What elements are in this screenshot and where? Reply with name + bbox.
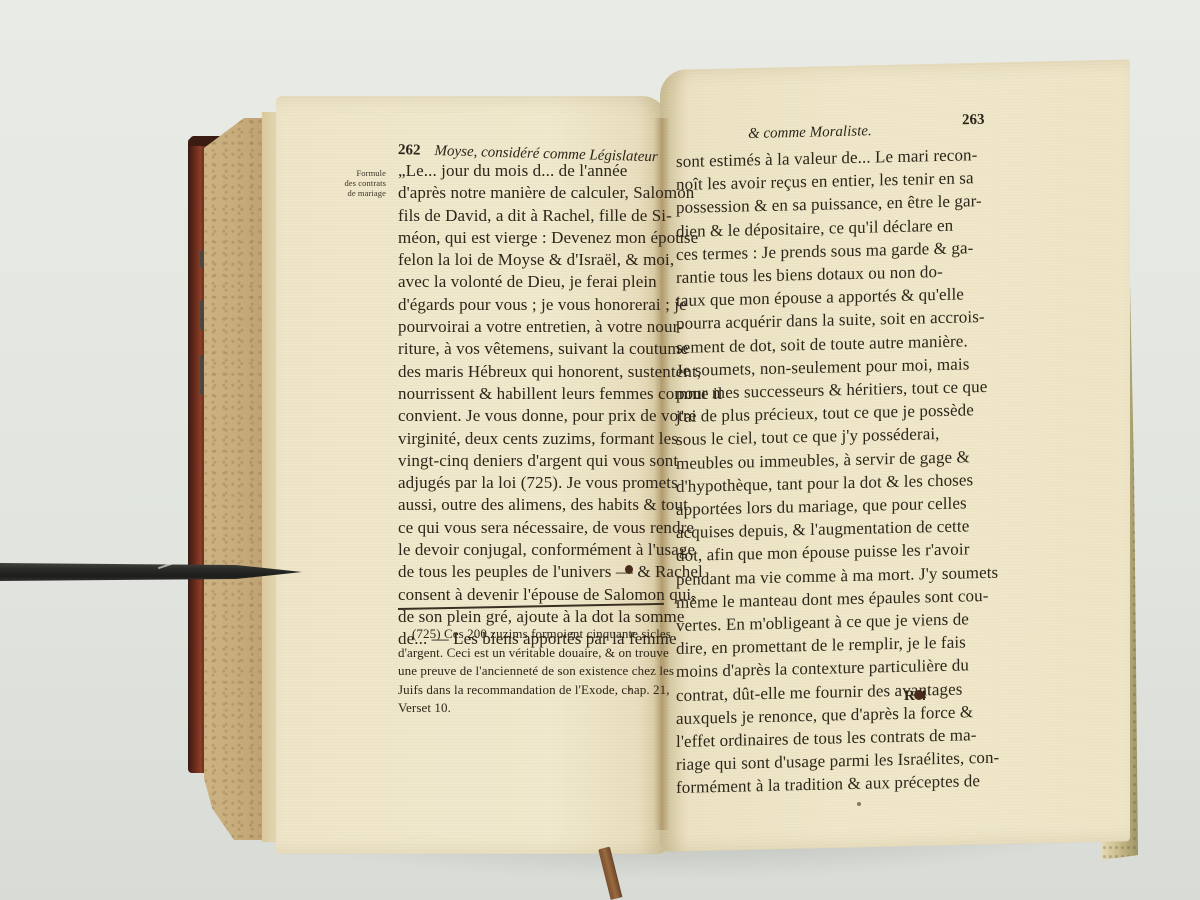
text-line: riture, à vos vêtemens, suivant la coutu… [398, 338, 723, 360]
right-running-head-title: & comme Moraliste. [748, 123, 872, 142]
marginal-note-line: Formule [326, 168, 386, 178]
footnote-line: (725) Ces 200 zuzims formoient cinquante… [412, 625, 674, 644]
ink-stain [914, 690, 924, 700]
text-line: des maris Hébreux qui honorent, sustente… [398, 361, 723, 383]
text-line: méon, qui est vierge : Devenez mon épous… [398, 227, 723, 249]
text-line: ce qui vous sera nécessaire, de vous ren… [398, 517, 723, 539]
text-line: „Le... jour du mois d... de l'année [398, 160, 723, 182]
text-line: consent à devenir l'épouse de Salomon qu… [398, 584, 723, 606]
marginal-note: Formule des contrats de mariage [326, 168, 386, 198]
left-page-footnote: (725) Ces 200 zuzims formoient cinquante… [412, 625, 674, 718]
right-page-number-wrap: 263 [962, 112, 985, 130]
text-line: avec la volonté de Dieu, je ferai plein [398, 271, 723, 293]
text-line: d'égards pour vous ; je vous honorerai ;… [398, 294, 723, 316]
right-running-head: & comme Moraliste. [748, 123, 872, 143]
text-line: nourrissent & habillent leurs femmes com… [398, 383, 723, 405]
text-line: aussi, outre des alimens, des habits & t… [398, 494, 723, 516]
marginal-note-line: des contrats [326, 178, 386, 188]
text-line: adjugés par la loi (725). Je vous promet… [398, 472, 723, 494]
text-line: fils de David, a dit à Rachel, fille de … [398, 205, 723, 227]
text-line: le devoir conjugal, conformément à l'usa… [398, 539, 723, 561]
ink-stain [625, 565, 633, 574]
ink-stain [628, 688, 631, 691]
right-page-body: sont estimés à la valeur de... Le mari r… [676, 143, 999, 800]
marginal-note-line: de mariage [326, 188, 386, 198]
leather-cover-edge [188, 138, 206, 773]
text-line: convient. Je vous donne, pour prix de vo… [398, 405, 723, 427]
left-page-body: „Le... jour du mois d... de l'année d'ap… [398, 160, 723, 651]
right-page-number: 263 [962, 112, 985, 129]
text-line: d'après notre manière de calculer, Salom… [398, 182, 723, 204]
text-line: pourvoirai a votre entretien, à votre no… [398, 316, 723, 338]
footnote-line: Verset 10. [398, 699, 674, 718]
text-line: felon la loi de Moyse & d'Israël, & moi, [398, 249, 723, 271]
footnote-line: Juifs dans la recommandation de l'Exode,… [398, 681, 674, 700]
left-page-number: 262 [398, 142, 421, 159]
text-line: de tous les peuples de l'univers — & Rac… [398, 561, 723, 583]
text-line: vingt-cinq deniers d'argent qui vous son… [398, 450, 723, 472]
footnote-line: une preuve de l'ancienneté de son existe… [398, 662, 674, 681]
footnote-line: d'argent. Ceci est un véritable douaire,… [398, 644, 674, 663]
ink-stain [857, 802, 861, 806]
book-photo-scene: 262Moyse, considéré comme Législateur Fo… [0, 0, 1200, 900]
text-line: virginité, deux cents zuzims, formant le… [398, 428, 723, 450]
